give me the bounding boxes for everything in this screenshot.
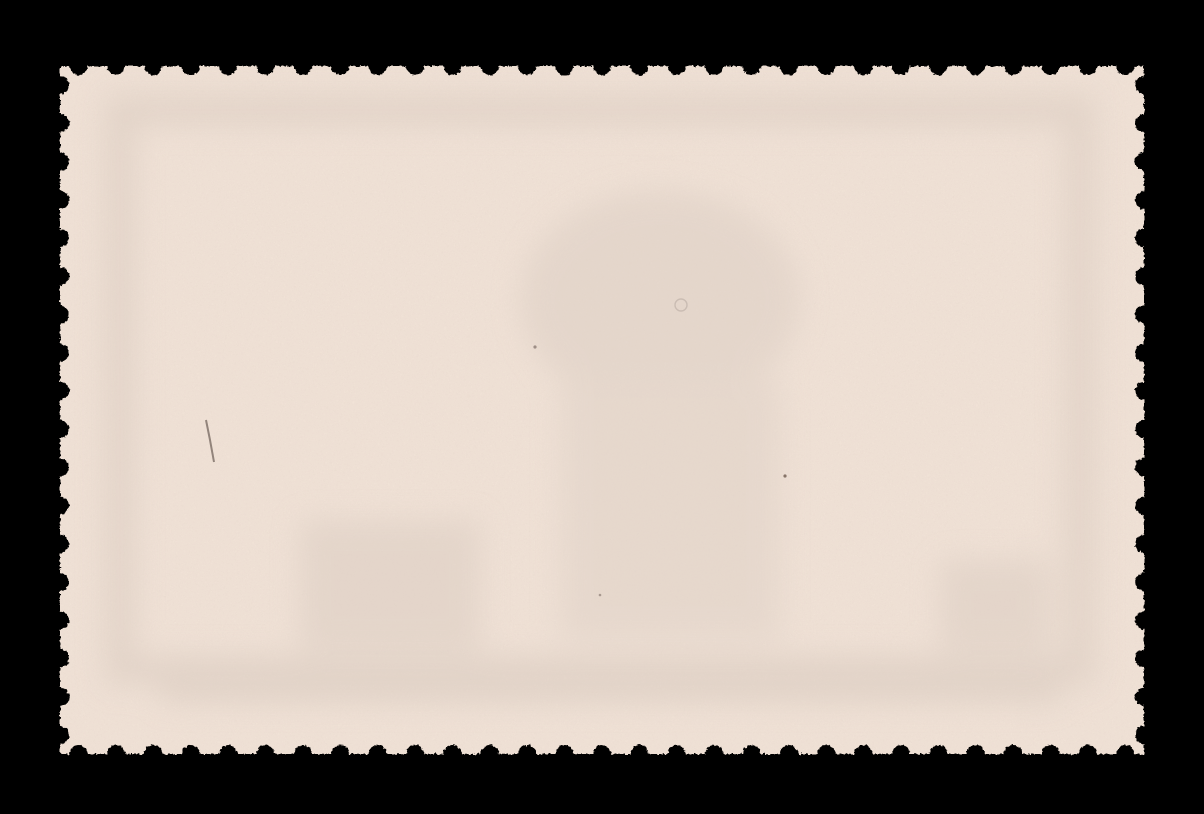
stamp-back [0, 0, 1204, 814]
photo-scene [0, 0, 1204, 814]
